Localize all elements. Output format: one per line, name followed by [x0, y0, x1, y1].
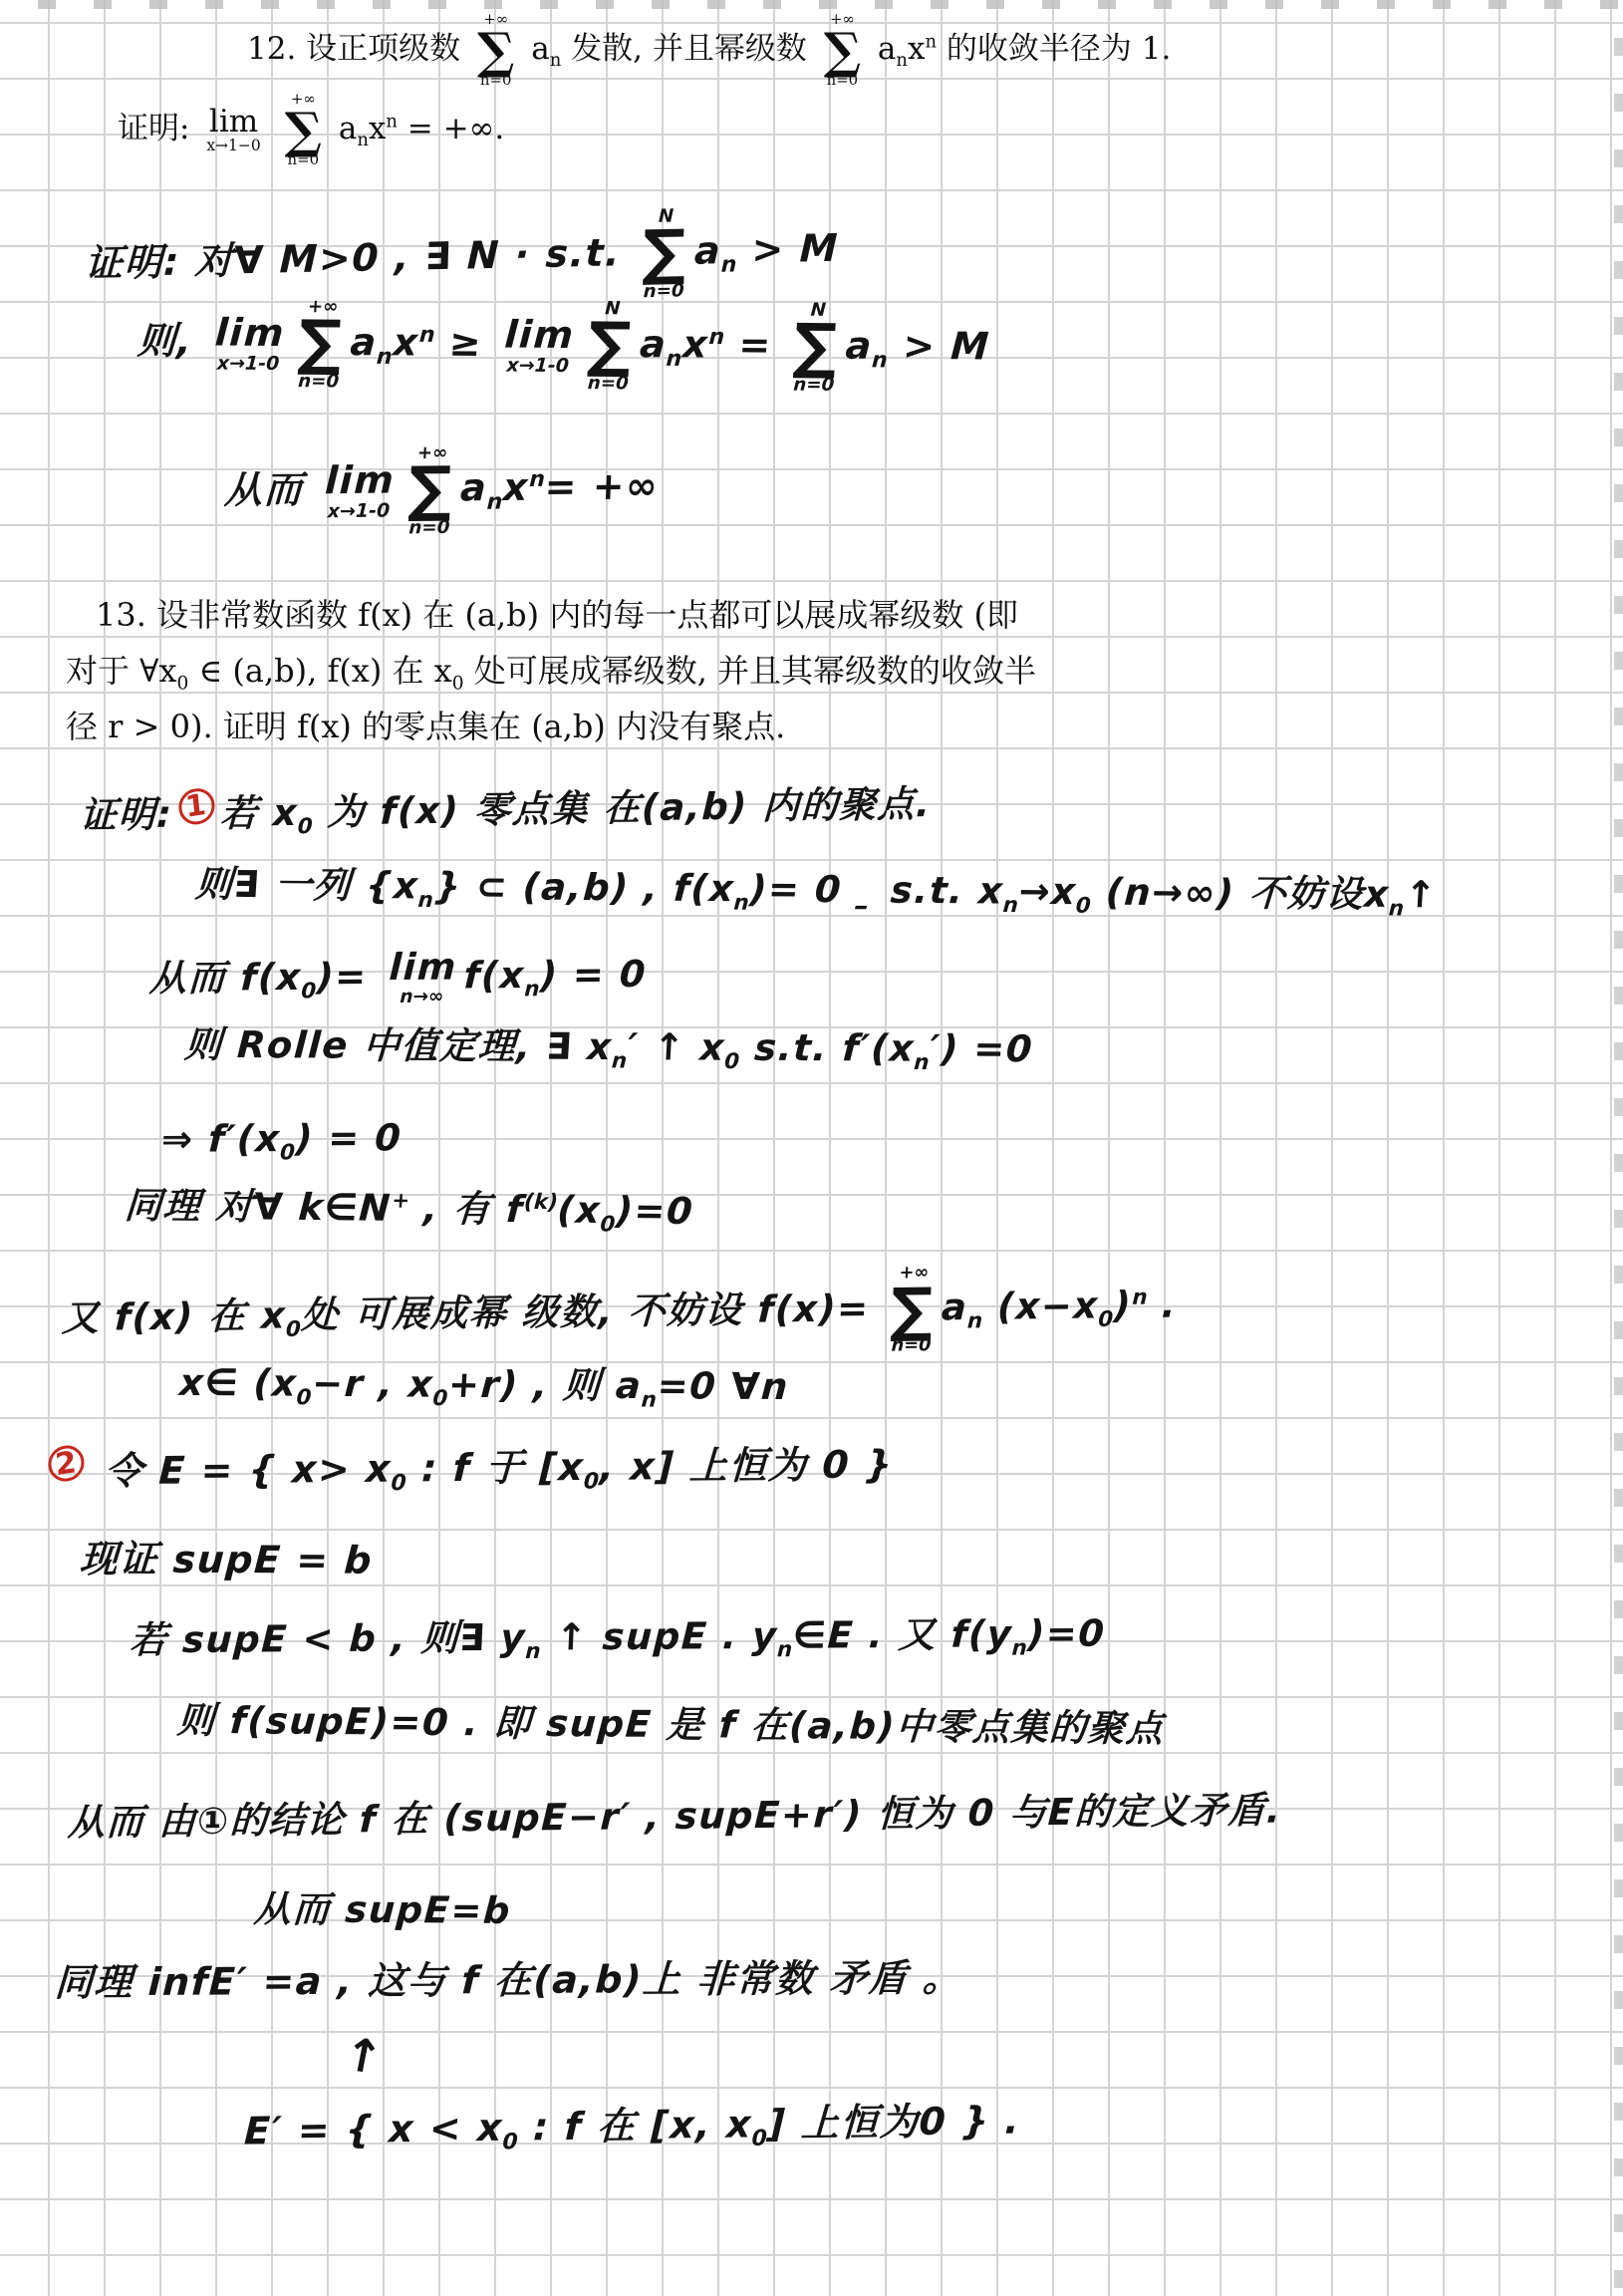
text-segment: )= 0 ˍ s.t. x	[748, 867, 1004, 912]
summation-symbol: +∞∑n=0	[296, 297, 347, 391]
text-segment: ) = 0	[295, 1116, 404, 1160]
summation-symbol: N∑n=0	[585, 299, 636, 393]
problem-12-statement: 12. 设正项级数 +∞∑n=0 an 发散, 并且幂级数 +∞∑n=0 anx…	[247, 12, 1171, 89]
p12-proof-3: 从而 limx→1-0+∞∑n=0anxn= +∞	[222, 441, 661, 540]
text-segment: 从而	[223, 467, 319, 512]
p13-proof-7: 又 f(x) 在 x0处 可展成幂 级数, 不妨设 f(x)= +∞∑n=0an…	[60, 1261, 1179, 1365]
p13-proof-16: E′ = { x < x0 : f 在 [x, x0] 上恒为0 } .	[243, 2096, 1021, 2161]
text-segment: } ⊂ (a,b) , f(x	[432, 865, 735, 911]
subscript: n	[966, 1308, 982, 1333]
sigma-glyph: ∑	[890, 1283, 936, 1337]
text-segment: 则 Rolle 中值定理, ∃ x	[183, 1023, 614, 1068]
text-segment: a	[459, 465, 488, 509]
text-segment: 现证 supE = b	[79, 1537, 375, 1582]
superscript: n	[708, 325, 725, 350]
superscript: n	[925, 32, 937, 53]
notebook-page: 12. 设正项级数 +∞∑n=0 an 发散, 并且幂级数 +∞∑n=0 anx…	[0, 0, 1623, 2296]
sum-bot-limit: n=0	[288, 152, 320, 168]
text-segment: s.t. f′(x	[739, 1026, 917, 1070]
limit-symbol: limx→1−0	[206, 106, 260, 155]
p13-proof-12: 则 f(supE)=0 . 即 supE 是 f 在(a,b)中零点集的聚点	[175, 1696, 1166, 1755]
subscript: n	[611, 1048, 628, 1073]
text-segment: 证明:	[118, 111, 199, 146]
summation-symbol: +∞∑n=0	[824, 12, 861, 89]
lim-subscript: x→1-0	[216, 353, 280, 374]
text-segment: > M	[736, 226, 839, 272]
subscript: n	[914, 1050, 931, 1075]
text-segment: ≥	[433, 321, 498, 365]
problem-13-statement-2: 对于 ∀x0 ∈ (a,b), f(x) 在 x0 处可展成幂级数, 并且其幂级…	[66, 650, 1036, 696]
lim-subscript: x→1−0	[206, 138, 260, 154]
p13-proof-2: 则∃ 一列 {xn} ⊂ (a,b) , f(xn)= 0 ˍ s.t. xn→…	[193, 860, 1439, 925]
text-segment: ↑	[1404, 873, 1439, 916]
text-segment: 12. 设正项级数	[247, 31, 470, 67]
sum-bot-limit: n=0	[793, 376, 835, 395]
sum-bot-limit: n=0	[298, 372, 340, 391]
text-segment: 为 f(x) 零点集 在(a,b) 内的聚点.	[312, 782, 932, 834]
text-segment: a	[349, 320, 379, 364]
subscript: n	[357, 130, 369, 150]
text-segment: )=0	[615, 1189, 695, 1233]
text-segment	[268, 111, 278, 146]
sigma-glyph: ∑	[285, 108, 322, 153]
subscript: 0	[297, 814, 313, 839]
text-segment: +r) , 则 a	[447, 1363, 644, 1407]
superscript: n	[418, 323, 435, 348]
subscript: n	[524, 977, 540, 1002]
text-segment: a	[329, 111, 357, 146]
subscript: n	[1011, 1636, 1027, 1661]
subscript: 0	[502, 2130, 518, 2154]
text-segment: (x−x	[982, 1284, 1100, 1327]
subscript: 0	[452, 673, 464, 694]
text-segment: 令 E = { x> x	[90, 1447, 394, 1494]
subscript: 0	[723, 1049, 739, 1074]
text-segment: ∈ (a,b), f(x) 在 x	[188, 652, 451, 690]
text-segment: a	[639, 322, 669, 366]
text-segment: 的收敛半径为 1.	[937, 31, 1171, 67]
p13-proof-5: ⇒ f′(x0) = 0	[160, 1113, 404, 1169]
superscript: +	[391, 1188, 410, 1213]
limit-symbol: limn→∞	[388, 948, 458, 1007]
subscript: 0	[583, 1469, 599, 1494]
subscript: n	[376, 345, 393, 370]
text-segment: 径 r > 0). 证明 f(x) 的零点集在 (a,b) 内没有聚点.	[66, 708, 785, 745]
subscript: 0	[1075, 894, 1091, 919]
sigma-glyph: ∑	[297, 316, 345, 372]
lim-word: lim	[209, 106, 258, 139]
text-segment: 则∃ 一列 {x	[194, 863, 420, 908]
lim-subscript: x→1-0	[327, 500, 390, 522]
text-segment: a	[868, 31, 896, 67]
text-segment: 证明: 对∀ M>0 , ∃ N · s.t.	[84, 230, 636, 286]
subscript: n	[641, 1387, 658, 1412]
limit-symbol: limx→1-0	[323, 460, 396, 522]
text-segment: 若 supE < b , 则∃ y	[129, 1616, 527, 1662]
text-segment: 则 f(supE)=0 . 即 supE 是 f 在(a,b)中零点集的聚点	[176, 1699, 1166, 1751]
p12-proof-2: 则, limx→1-0+∞∑n=0anxn ≥ limx→1-0N∑n=0anx…	[135, 296, 992, 396]
subscript: n	[1388, 896, 1405, 921]
text-segment: =	[723, 323, 788, 367]
text-segment: = +∞	[544, 463, 660, 508]
sigma-glyph: ∑	[642, 225, 688, 282]
sum-bot-limit: n=0	[480, 73, 512, 89]
text-segment: a	[941, 1286, 968, 1328]
text-segment: ↑	[339, 2027, 389, 2086]
lim-word: lim	[503, 315, 576, 355]
sigma-glyph: ∑	[407, 462, 454, 518]
subscript: n	[896, 50, 908, 71]
text-segment: a	[693, 228, 722, 273]
text-segment: (n→∞) 不妨设x	[1090, 870, 1391, 916]
limit-symbol: limx→1-0	[502, 315, 576, 376]
text-segment: x	[908, 31, 925, 67]
text-segment: : f 于 [x	[406, 1445, 585, 1491]
superscript: n	[529, 467, 546, 492]
sum-bot-limit: n=0	[587, 374, 629, 393]
p13-proof-8: x∈ (x0−r , x0+r) , 则 an=0 ∀n	[177, 1358, 790, 1417]
p13-proof-arrow: ↑	[338, 2023, 390, 2090]
summation-symbol: N∑n=0	[641, 206, 688, 301]
summation-symbol: +∞∑n=0	[889, 1264, 937, 1355]
p13-proof-15: 同理 infE′ =a , 这与 f 在(a,b)上 非常数 矛盾 。	[54, 1953, 963, 2009]
text-segment: ] 上恒为0 } .	[767, 2099, 1022, 2147]
text-segment: , 有 f	[407, 1187, 524, 1231]
text-segment: 若 x	[219, 791, 299, 835]
text-segment: 从而 f(x	[148, 956, 303, 1000]
subscript: n	[1002, 893, 1019, 918]
lim-subscript: x→1-0	[506, 355, 570, 376]
sigma-glyph: ∑	[477, 28, 514, 74]
limit-symbol: limx→1-0	[212, 313, 286, 374]
text-segment: 对于 ∀x	[66, 652, 177, 690]
superscript: n	[386, 112, 398, 133]
p13-proof-9: 2 令 E = { x> x0 : f 于 [x0, x] 上恒为 0 }	[41, 1439, 895, 1502]
problem-13-statement-3: 径 r > 0). 证明 f(x) 的零点集在 (a,b) 内没有聚点.	[66, 706, 785, 748]
superscript: n	[1132, 1286, 1148, 1310]
sum-bot-limit: n=0	[827, 73, 859, 89]
text-segment: 从而 由①的结论 f 在 (supE−r′ , supE+r′) 恒为 0 与E…	[67, 1789, 1282, 1845]
lim-word: lim	[389, 948, 458, 987]
text-segment: x∈ (x	[178, 1361, 299, 1405]
red-circled-number: 1	[177, 786, 216, 827]
problem-13-statement-1: 13. 设非常数函数 f(x) 在 (a,b) 内的每一点都可以展成幂级数 (即	[96, 594, 1018, 637]
subscript: n	[417, 888, 434, 913]
text-segment: (x	[556, 1189, 602, 1232]
sigma-glyph: ∑	[824, 28, 861, 74]
text-segment: 13. 设非常数函数 f(x) 在 (a,b) 内的每一点都可以展成幂级数 (即	[96, 596, 1018, 634]
text-segment: )=	[316, 955, 383, 999]
p13-proof-13: 从而 由①的结论 f 在 (supE−r′ , supE+r′) 恒为 0 与E…	[67, 1786, 1283, 1849]
p13-proof-6: 同理 对∀ k∈N+ , 有 f(k)(x0)=0	[123, 1181, 695, 1241]
text-segment: )	[1113, 1284, 1133, 1326]
text-segment: x	[502, 465, 530, 509]
text-segment: 从而 supE=b	[253, 1887, 513, 1932]
subscript: 0	[296, 1385, 312, 1410]
right-grid-ticks	[1614, 0, 1623, 2296]
text-segment: ′ ↑ x	[627, 1025, 726, 1069]
text-segment: −r , x	[311, 1362, 434, 1406]
summation-symbol: +∞∑n=0	[477, 12, 514, 89]
red-circled-number: 2	[47, 1443, 87, 1484]
lim-word: lim	[214, 313, 287, 353]
text-segment: .	[1147, 1284, 1179, 1326]
text-segment: ′) =0	[929, 1027, 1034, 1071]
sum-bot-limit: n=0	[643, 281, 684, 301]
subscript: 0	[285, 1317, 301, 1342]
text-segment: : f 在 [x, x	[518, 2102, 753, 2149]
subscript: n	[550, 50, 562, 71]
subscript: n	[720, 252, 736, 277]
text-segment: 发散, 并且幂级数	[561, 31, 816, 67]
lim-word: lim	[324, 460, 396, 501]
subscript: n	[776, 1637, 792, 1662]
top-grid-ticks	[0, 0, 1623, 9]
text-segment: , x] 上恒为 0 }	[599, 1442, 895, 1489]
text-segment: ∈E . 又 f(y	[792, 1612, 1013, 1657]
problem-12-claim: 证明: limx→1−0 +∞∑n=0 anxn = +∞.	[118, 92, 504, 168]
subscript: 0	[751, 2127, 767, 2152]
text-segment: =0 ∀n	[657, 1364, 791, 1408]
lim-subscript: n→∞	[400, 987, 444, 1007]
text-segment: 又 f(x) 在 x	[61, 1293, 287, 1339]
summation-symbol: N∑n=0	[791, 301, 842, 395]
subscript: 0	[432, 1386, 448, 1411]
text-segment: 则,	[136, 319, 209, 363]
subscript: 0	[1098, 1307, 1114, 1332]
text-segment: x	[369, 111, 386, 146]
summation-symbol: +∞∑n=0	[406, 443, 455, 538]
text-segment: ↑ supE . y	[540, 1614, 778, 1659]
p13-proof-1: 证明:1若 x0 为 f(x) 零点集 在(a,b) 内的聚点.	[79, 779, 933, 845]
subscript: 0	[600, 1212, 617, 1237]
subscript: 0	[301, 979, 317, 1004]
p13-proof-14: 从而 supE=b	[253, 1884, 513, 1936]
p13-proof-3: 从而 f(x0)= limn→∞f(xn) = 0	[148, 947, 649, 1010]
summation-symbol: +∞∑n=0	[285, 92, 322, 168]
sum-bot-limit: n=0	[408, 518, 450, 538]
subscript: n	[871, 348, 888, 373]
text-segment: x	[681, 322, 710, 366]
text-segment: 处可展成幂级数, 并且其幂级数的收敛半	[464, 652, 1037, 690]
subscript: n	[733, 891, 750, 916]
text-segment: 证明:	[79, 793, 173, 837]
text-segment: a	[844, 324, 874, 368]
superscript: (k)	[523, 1190, 558, 1215]
text-segment: E′ = { x < x	[243, 2106, 504, 2153]
text-segment: f(x	[463, 954, 526, 998]
p13-proof-4: 则 Rolle 中值定理, ∃ xn′ ↑ x0 s.t. f′(xn′) =0	[182, 1020, 1034, 1079]
subscript: n	[525, 1639, 541, 1664]
sigma-glyph: ∑	[586, 318, 634, 374]
sigma-glyph: ∑	[792, 320, 840, 376]
text-segment: →x	[1017, 870, 1078, 913]
p13-proof-11: 若 supE < b , 则∃ yn ↑ supE . yn∈E . 又 f(y…	[129, 1609, 1107, 1670]
text-segment: > M	[887, 324, 991, 369]
subscript: n	[666, 347, 682, 372]
p13-proof-10: 现证 supE = b	[79, 1534, 375, 1586]
text-segment: = +∞.	[398, 111, 504, 146]
text-segment: ⇒ f′(x	[160, 1117, 281, 1161]
text-segment: )=0	[1026, 1612, 1106, 1656]
text-segment: 同理 infE′ =a , 这与 f 在(a,b)上 非常数 矛盾 。	[54, 1956, 963, 2005]
sum-bot-limit: n=0	[891, 1336, 932, 1355]
text-segment: a	[521, 31, 549, 67]
subscript: 0	[177, 673, 189, 694]
subscript: n	[486, 490, 503, 515]
subscript: 0	[391, 1471, 406, 1496]
text-segment: x	[392, 320, 420, 364]
subscript: 0	[279, 1140, 295, 1165]
text-segment: 同理 对∀ k∈N	[124, 1184, 393, 1230]
text-segment: 处 可展成幂 级数, 不妨设 f(x)=	[300, 1287, 884, 1336]
text-segment: ) = 0	[539, 953, 648, 997]
